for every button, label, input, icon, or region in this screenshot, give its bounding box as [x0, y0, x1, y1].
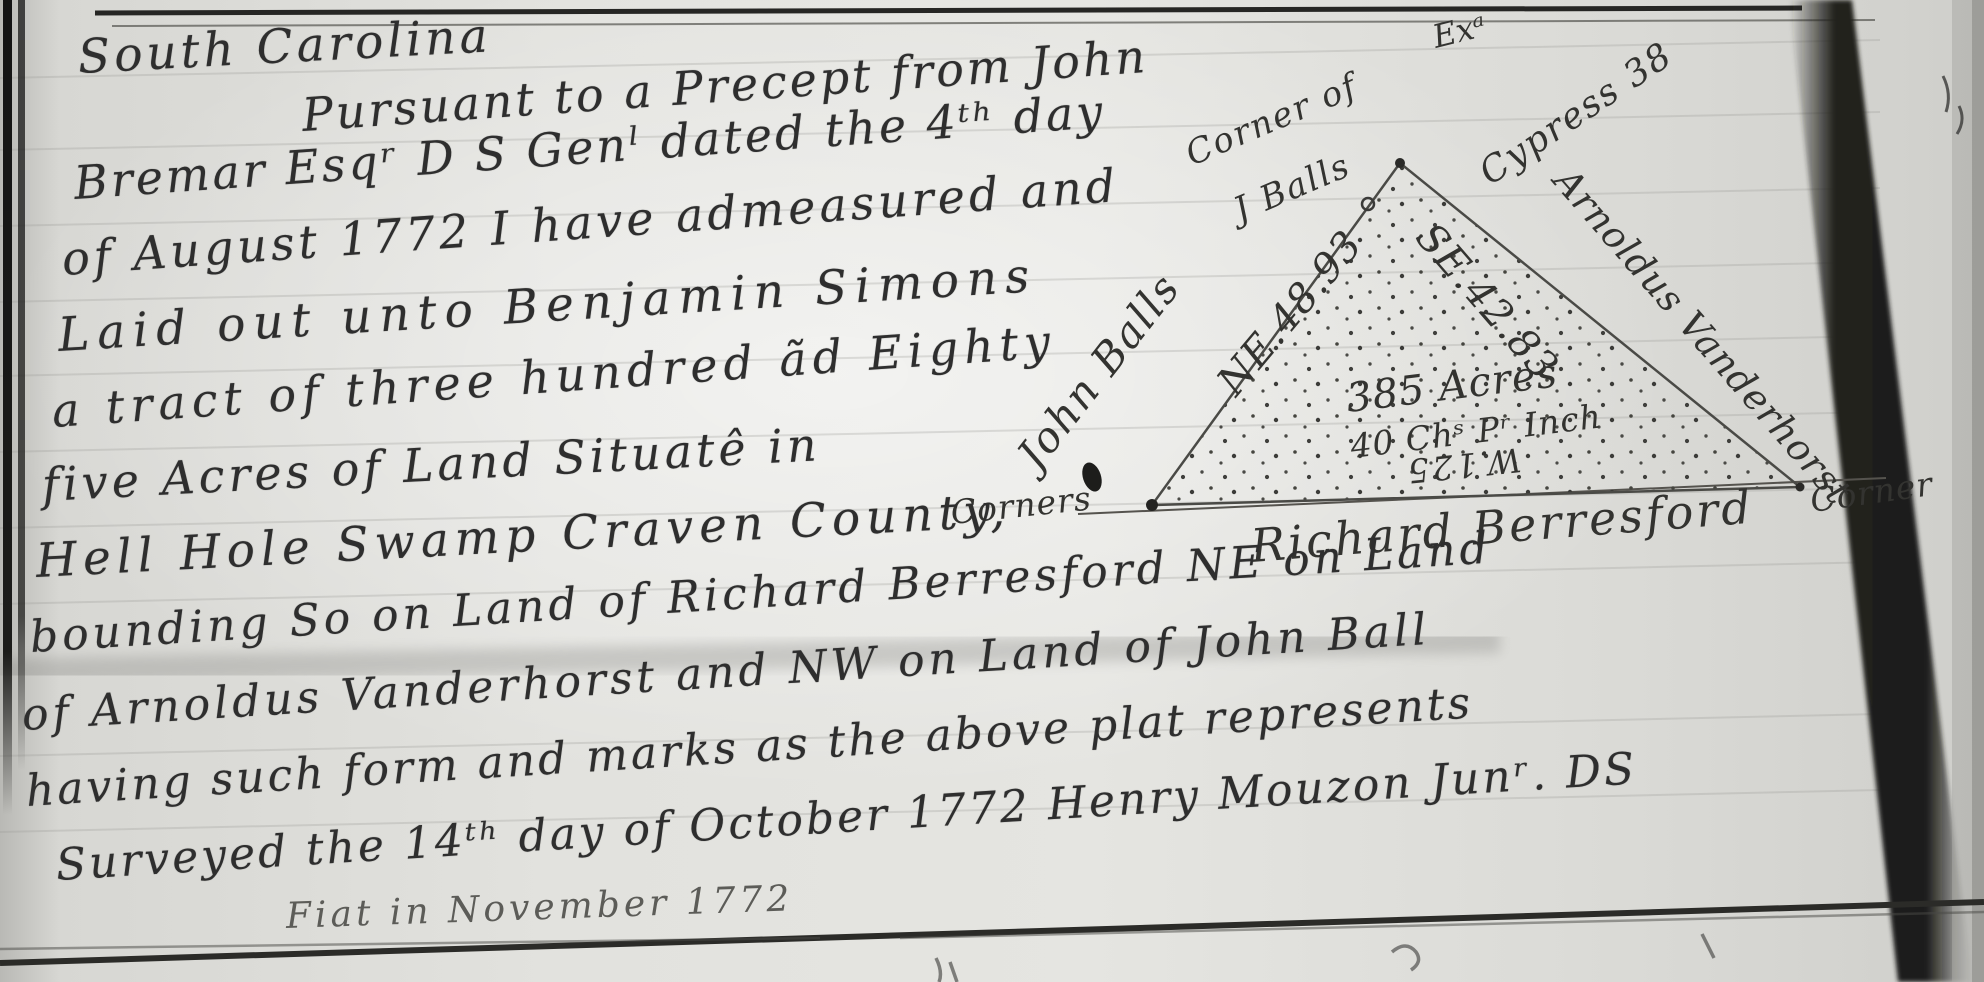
plat-corner-owner-label: J Balls — [1222, 145, 1356, 232]
cropped-writing-marks — [936, 934, 1714, 982]
plat-apex-dot — [1395, 158, 1405, 168]
right-page-edge-dark — [1972, 0, 1984, 982]
top-rule-heavy — [95, 8, 1802, 13]
left-border-inner — [18, 0, 25, 770]
plat-corner-left-dot — [1146, 499, 1158, 511]
left-border-outer — [3, 0, 12, 815]
scanned-plat-page: Exᵃ Cypress 38 Corner of J Balls John Ba… — [0, 0, 1984, 982]
